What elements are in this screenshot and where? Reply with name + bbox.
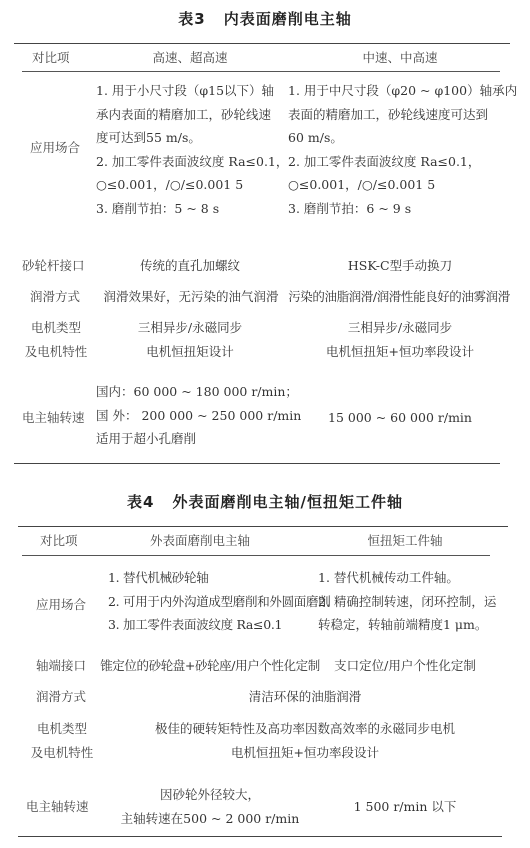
text-line: 电机类型 bbox=[26, 717, 98, 741]
text-line: 60 m/s。 bbox=[288, 126, 517, 150]
table4-lubrication-merged: 清洁环保的油脂润滑 bbox=[100, 685, 510, 709]
table3-speed-col1: 国内：60 000 ~ 180 000 r/min； 国 外： 200 000 … bbox=[96, 380, 301, 451]
table4-bottom-rule bbox=[18, 836, 502, 837]
table4-row-label: 轴端接口 bbox=[36, 654, 86, 678]
table4-motor-merged: 极佳的硬转矩特性及高功率因数高效率的永磁同步电机 电机恒扭矩+恒功率段设计 bbox=[100, 717, 510, 764]
text-line: 2. 加工零件表面波纹度 Ra≤0.1， bbox=[96, 150, 288, 174]
table3-caption: 表3内表面磨削电主轴 bbox=[0, 8, 530, 29]
table3-row-label: 电机类型 及电机特性 bbox=[22, 316, 90, 363]
text-line: 电机恒扭矩+恒功率段设计 bbox=[290, 340, 510, 364]
text-line: 因砂轮外径较大， bbox=[100, 783, 320, 807]
table3-row-label: 润滑方式 bbox=[30, 285, 80, 309]
table4-number: 表4 bbox=[127, 493, 154, 511]
table4-header-rule bbox=[22, 555, 490, 556]
table3-application-col2: 1. 用于中尺寸段（φ20 ~ φ100）轴承内 表面的精磨加工，砂轮线速度可达… bbox=[288, 79, 517, 220]
table4-interface-col2: 支口定位/用户个性化定制 bbox=[310, 654, 500, 678]
text-line: 主轴转速在500 ~ 2 000 r/min bbox=[100, 807, 320, 831]
table3-application-col1: 1. 用于小尺寸段（φ15以下）轴 承内表面的精磨加工，砂轮线速 度可达到55 … bbox=[96, 79, 288, 220]
text-line: 2. 加工零件表面波纹度 Ra≤0.1， bbox=[288, 150, 517, 174]
text-line: ○≤0.001，/○/≤0.001 5 bbox=[288, 173, 517, 197]
text-line: ○≤0.001，/○/≤0.001 5 bbox=[96, 173, 288, 197]
text-line: 国内：60 000 ~ 180 000 r/min； bbox=[96, 380, 301, 404]
text-line: 承内表面的精磨加工，砂轮线速 bbox=[96, 103, 288, 127]
table3-header-rule bbox=[22, 71, 500, 72]
text-line: 1. 替代机械传动工件轴。 bbox=[318, 566, 496, 590]
text-line: 电机恒扭矩设计 bbox=[100, 340, 280, 364]
text-line: 3. 加工零件表面波纹度 Ra≤0.1 bbox=[108, 613, 330, 637]
table4-interface-col1: 锥定位的砂轮盘+砂轮座/用户个性化定制 bbox=[100, 654, 320, 678]
table4-header-col1: 外表面磨削电主轴 bbox=[100, 529, 300, 553]
text-line: 及电机特性 bbox=[22, 340, 90, 364]
table4-speed-col1: 因砂轮外径较大， 主轴转速在500 ~ 2 000 r/min bbox=[100, 783, 320, 830]
table4-header-col2: 恒扭矩工件轴 bbox=[310, 529, 500, 553]
text-line: 3. 磨削节拍：5 ~ 8 s bbox=[96, 197, 288, 221]
table3-lubrication-col1: 润滑效果好，无污染的油气润滑 bbox=[96, 285, 286, 309]
table4-row-label: 电主轴转速 bbox=[26, 795, 89, 819]
table4-row-label: 电机类型 及电机特性 bbox=[26, 717, 98, 764]
table4-header-item: 对比项 bbox=[40, 529, 78, 553]
text-line: 2. 精确控制转速，闭环控制，运 bbox=[318, 590, 496, 614]
table3-header-item: 对比项 bbox=[32, 46, 70, 70]
table3-motor-col2: 三相异步/永磁同步 电机恒扭矩+恒功率段设计 bbox=[290, 316, 510, 363]
text-line: 转稳定，转轴前端精度1 μm。 bbox=[318, 613, 496, 637]
table3-row-label: 应用场合 bbox=[30, 136, 80, 160]
table3-title: 内表面磨削电主轴 bbox=[224, 10, 352, 28]
table3-lubrication-col2: 污染的油脂润滑/润滑性能良好的油雾润滑 bbox=[286, 285, 512, 309]
text-line: 3. 磨削节拍：6 ~ 9 s bbox=[288, 197, 517, 221]
table3-speed-col2: 15 000 ~ 60 000 r/min bbox=[290, 406, 510, 430]
text-line: 三相异步/永磁同步 bbox=[290, 316, 510, 340]
text-line: 1. 替代机械砂轮轴 bbox=[108, 566, 330, 590]
table3-interface-col2: HSK-C型手动换刀 bbox=[290, 254, 510, 278]
table3-row-label: 砂轮杆接口 bbox=[22, 254, 85, 278]
table3-header-col2: 中速、中高速 bbox=[290, 46, 510, 70]
text-line: 度可达到55 m/s。 bbox=[96, 126, 288, 150]
table3-motor-col1: 三相异步/永磁同步 电机恒扭矩设计 bbox=[100, 316, 280, 363]
table3-bottom-rule bbox=[14, 463, 500, 464]
table4-top-rule bbox=[18, 526, 508, 527]
table4-row-label: 应用场合 bbox=[36, 593, 86, 617]
text-line: 2. 可用于内外沟道成型磨削和外圆面磨削 bbox=[108, 590, 330, 614]
text-line: 1. 用于小尺寸段（φ15以下）轴 bbox=[96, 79, 288, 103]
table4-row-label: 润滑方式 bbox=[36, 685, 86, 709]
table4-application-col1: 1. 替代机械砂轮轴 2. 可用于内外沟道成型磨削和外圆面磨削 3. 加工零件表… bbox=[108, 566, 330, 637]
table4-application-col2: 1. 替代机械传动工件轴。 2. 精确控制转速，闭环控制，运 转稳定，转轴前端精… bbox=[318, 566, 496, 637]
table4-caption: 表4外表面磨削电主轴/恒扭矩工件轴 bbox=[0, 491, 530, 512]
text-line: 表面的精磨加工，砂轮线速度可达到 bbox=[288, 103, 517, 127]
table3-row-label: 电主轴转速 bbox=[22, 406, 85, 430]
table4-speed-col2: 1 500 r/min 以下 bbox=[310, 795, 500, 819]
table3-number: 表3 bbox=[178, 10, 205, 28]
text-line: 三相异步/永磁同步 bbox=[100, 316, 280, 340]
text-line: 电机类型 bbox=[22, 316, 90, 340]
text-line: 国 外： 200 000 ~ 250 000 r/min bbox=[96, 404, 301, 428]
text-line: 极佳的硬转矩特性及高功率因数高效率的永磁同步电机 bbox=[100, 717, 510, 741]
text-line: 电机恒扭矩+恒功率段设计 bbox=[100, 741, 510, 765]
table3-header-col1: 高速、超高速 bbox=[100, 46, 280, 70]
table3-interface-col1: 传统的直孔加螺纹 bbox=[100, 254, 280, 278]
table3-top-rule bbox=[14, 43, 510, 44]
table4-title: 外表面磨削电主轴/恒扭矩工件轴 bbox=[172, 493, 402, 511]
text-line: 及电机特性 bbox=[26, 741, 98, 765]
text-line: 适用于超小孔磨削 bbox=[96, 427, 301, 451]
text-line: 1. 用于中尺寸段（φ20 ~ φ100）轴承内 bbox=[288, 79, 517, 103]
